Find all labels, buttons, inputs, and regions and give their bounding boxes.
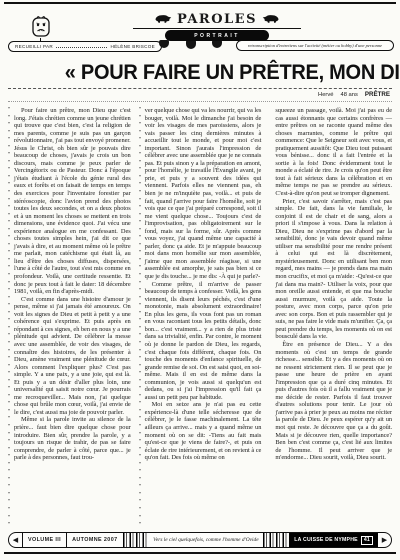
volume-label: VOLUME III [23,533,66,547]
masthead-title: PAROLES [177,12,257,27]
subject-age: 48 ans [340,92,357,98]
title-rule [8,88,392,89]
barcode-stripes [123,533,149,547]
section-banner: PORTRAIT [165,30,269,41]
page-number: 41 [361,536,373,545]
subject-role: PRÊTRE [365,91,390,98]
column-3: squeeze un passage, voilà. Moi j'ai pas … [269,107,392,529]
article-title: « POUR FAIRE UN PRÊTRE, MON DIEU... [65,60,394,85]
grumpy-face-icon [30,15,52,38]
boar-right-icon [262,10,280,28]
subject-name: Hervé [318,92,333,98]
next-page-icon: ▶ [378,533,391,547]
season-label: AUTOMNE 2007 [67,533,122,547]
footer-motto: Vers le ciel quelquefois, comme l'homme … [149,533,264,547]
byline-rule [8,101,392,102]
tagline-text: retranscription d'entretiens sur l'activ… [248,43,382,48]
journal-name-band: LA CUISSE DE NYMPHE 41 [289,533,378,547]
column-3-text: squeeze un passage, voilà. Moi j'ai pas … [275,107,392,529]
top-rule [4,2,396,4]
column-1: " " " " " " " " " " " " " " " " " " " " … [8,107,131,529]
byline: Hervé 48 ans PRÊTRE [318,91,390,98]
boar-left-icon [154,10,172,28]
article-body: " " " " " " " " " " " " " " " " " " " " … [8,107,392,529]
barcode-stripes [263,533,289,547]
tagline-pill: retranscription d'entretiens sur l'activ… [236,40,394,51]
dotted-leader [56,46,107,48]
column-2: " " " " " " " " " " " " " " " " " " " " … [139,107,262,529]
masthead-rule [133,28,301,29]
footer-bar: ◀ VOLUME III AUTOMNE 2007 Vers le ciel q… [8,532,392,548]
collected-by-label: RECUEILLI PAR [15,44,53,49]
column-2-text: ver quelque chose qui va les nourrir, qu… [145,107,262,529]
journal-name: LA CUISSE DE NYMPHE [294,537,358,543]
magazine-page: RECUEILLI PAR HÉLÈNE BRISCOE PAROLES POR… [0,0,400,560]
bottom-rule [4,552,396,554]
column-1-text: Pour faire un prêtre, mon Dieu que c'est… [14,107,131,529]
previous-page-icon: ◀ [9,533,22,547]
